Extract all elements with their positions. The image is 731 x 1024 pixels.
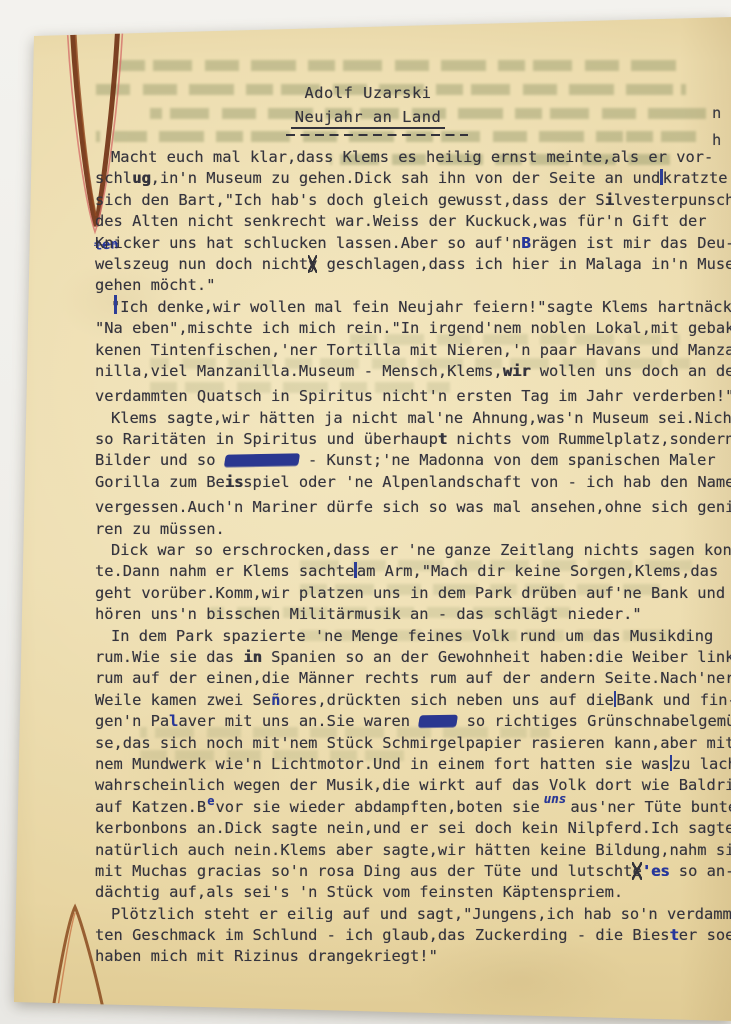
typed-line: gehen möcht." bbox=[95, 275, 731, 296]
typed-line: haben mich mit Rizinus drangekriegt!" bbox=[95, 946, 731, 967]
correction-segment-blot_sm bbox=[418, 715, 458, 728]
typed-text: vor sie wieder abdampften,boten sie bbox=[215, 798, 539, 816]
typed-line: wahrscheinlich wegen der Musik,die wirkt… bbox=[95, 775, 731, 796]
typed-line: Macht euch mal klar,dass Klems es heilig… bbox=[95, 147, 731, 168]
typed-line: Dick war so erschrocken,dass er 'ne ganz… bbox=[95, 540, 731, 561]
correction-segment-bluebold: t bbox=[670, 926, 679, 944]
typed-text: rum.Wie sie das bbox=[95, 648, 243, 666]
typed-line: nem Mundwerk wie'n Lichtmotor.Und in ein… bbox=[95, 754, 731, 775]
typed-text: Dick war so erschrocken,dass er 'ne ganz… bbox=[111, 541, 731, 559]
typescript-body: Macht euch mal klar,dass Klems es heilig… bbox=[95, 147, 731, 968]
typed-text: Klems sagte,wir hätten ja nicht mal'ne A… bbox=[111, 409, 731, 427]
typed-line: sich den Bart,"Ich hab's doch gleich gew… bbox=[95, 190, 731, 211]
correction-segment-xed: y bbox=[308, 255, 317, 273]
typed-text: geschlagen,dass ich hier in Malaga in'n … bbox=[317, 255, 731, 273]
title-underline-dashes bbox=[286, 134, 468, 136]
typed-text: Knicker uns hat schlucken lassen.Aber so… bbox=[95, 234, 521, 252]
typed-line: "Na eben",mischte ich mich rein."In irge… bbox=[95, 318, 731, 339]
correction-segment-bluebold: B bbox=[521, 234, 530, 252]
typed-text: hören uns'n bisschen Militärmusik an - d… bbox=[95, 605, 642, 623]
typed-text: ten Geschmack im Schlund - ich glaub,das… bbox=[95, 926, 670, 944]
paper-sheet: Adolf Uzarski Neujahr an Land n h ten Ma… bbox=[0, 0, 731, 1024]
typed-line: mit Muchas gracias so'n rosa Ding aus de… bbox=[95, 861, 731, 882]
typed-line: se,das sich noch mit'nem Stück Schmirgel… bbox=[95, 733, 731, 754]
typed-line: Plötzlich steht er eilig auf und sagt,"J… bbox=[95, 904, 731, 925]
typed-text: wahrscheinlich wegen der Musik,die wirkt… bbox=[95, 776, 731, 794]
correction-segment-blot bbox=[224, 454, 300, 467]
typed-text: mit Muchas gracias so'n rosa Ding aus de… bbox=[95, 862, 632, 880]
typed-text: Macht euch mal klar,dass Klems es heilig… bbox=[111, 148, 713, 166]
typed-line: dächtig auf,als sei's 'n Stück vom feins… bbox=[95, 882, 731, 903]
typed-line: rum auf der einen,die Männer rechts rum … bbox=[95, 668, 731, 689]
correction-segment-ov: in bbox=[243, 648, 262, 666]
correction-segment-xed: e bbox=[632, 862, 641, 880]
typed-text: welszeug nun doch nicht bbox=[95, 255, 308, 273]
page-title: Neujahr an Land bbox=[0, 108, 731, 126]
typed-text: natürlich auch nein.Klems aber sagte,wir… bbox=[95, 841, 731, 859]
typed-text: Ich denke,wir wollen mal fein Neujahr fe… bbox=[120, 298, 731, 316]
typed-line: hören uns'n bisschen Militärmusik an - d… bbox=[95, 604, 731, 625]
typed-text: nichts vom Rummelplatz,sondern bbox=[447, 430, 731, 448]
typed-line: geht vorüber.Komm,wir platzen uns in dem… bbox=[95, 583, 731, 604]
typed-text: kenen Tintenfischen,'ner Tortilla mit Ni… bbox=[95, 341, 731, 359]
typed-line: Bilder und so - Kunst;'ne Madonna von de… bbox=[95, 450, 731, 471]
typed-line: Gorilla zum Beisspiel oder 'ne Alpenland… bbox=[95, 472, 731, 493]
typed-text: - Kunst;'ne Madonna von dem spanischen M… bbox=[299, 451, 716, 469]
typed-line: Knicker uns hat schlucken lassen.Aber so… bbox=[95, 233, 731, 254]
typed-text: nem Mundwerk wie'n Lichtmotor.Und in ein… bbox=[95, 755, 670, 773]
typed-line: rum.Wie sie das in Spanien so an der Gew… bbox=[95, 647, 731, 668]
typed-text: rägen ist mir das Deu- bbox=[531, 234, 731, 252]
typed-text: rum auf der einen,die Männer rechts rum … bbox=[95, 669, 731, 687]
typed-line: Weile kamen zwei Señores,drückten sich n… bbox=[95, 690, 731, 711]
typed-text: sich den Bart,"Ich hab's doch gleich gew… bbox=[95, 191, 605, 209]
stray-character: n bbox=[712, 104, 721, 122]
typed-line: auf Katzen.Bevor sie wieder abdampften,b… bbox=[95, 797, 731, 818]
typed-text: lvesterpunsch bbox=[614, 191, 731, 209]
typed-line: kenen Tintenfischen,'ner Tortilla mit Ni… bbox=[95, 340, 731, 361]
typed-text: ,in'n Museum zu gehen.Dick sah ihn von d… bbox=[151, 169, 661, 187]
typed-text: Bilder und so bbox=[95, 451, 225, 469]
typed-text: zu lachen bbox=[672, 755, 731, 773]
typed-text: nilla,viel Manzanilla.Museum - Mensch,Kl… bbox=[95, 362, 503, 380]
correction-segment-ov: is bbox=[225, 473, 244, 491]
typed-text: Bank und fin- bbox=[616, 691, 731, 709]
typed-line: des Alten nicht senkrecht war.Weiss der … bbox=[95, 211, 731, 232]
typed-line: kerbonbons an.Dick sagte nein,und er sei… bbox=[95, 818, 731, 839]
typed-line: nilla,viel Manzanilla.Museum - Mensch,Kl… bbox=[95, 361, 731, 382]
typed-text: kerbonbons an.Dick sagte nein,und er sei… bbox=[95, 819, 731, 837]
typed-text: "Na eben",mischte ich mich rein."In irge… bbox=[95, 319, 731, 337]
correction-segment-qbar: " bbox=[111, 298, 120, 316]
correction-segment-ov: t bbox=[438, 430, 447, 448]
typed-line: ten Geschmack im Schlund - ich glaub,das… bbox=[95, 925, 731, 946]
typed-line: natürlich auch nein.Klems aber sagte,wir… bbox=[95, 840, 731, 861]
bleedthrough-line bbox=[96, 131, 696, 142]
typed-text: er soeben bbox=[679, 926, 731, 944]
typed-text: Plötzlich steht er eilig auf und sagt,"J… bbox=[111, 905, 731, 923]
typed-text: ores,drückten sich neben uns auf die bbox=[280, 691, 614, 709]
typed-line: gen'n Palaver mit uns an.Sie waren so ri… bbox=[95, 711, 731, 732]
typed-text: Weile kamen zwei Se bbox=[95, 691, 271, 709]
typed-text: haben mich mit Rizinus drangekriegt!" bbox=[95, 947, 438, 965]
typed-text: am Arm,"Mach dir keine Sorgen,Klems,das bbox=[357, 562, 718, 580]
typed-line: ren zu müssen. bbox=[95, 519, 731, 540]
typed-text: vergessen.Auch'n Mariner dürfe sich so w… bbox=[95, 498, 731, 516]
typed-line: verdammten Quatsch in Spiritus nicht'n e… bbox=[95, 386, 731, 407]
typed-text: verdammten Quatsch in Spiritus nicht'n e… bbox=[95, 387, 731, 405]
typed-text: so richtiges Grünschnabelgemü- bbox=[457, 712, 731, 730]
typed-text: so Raritäten in Spiritus und überhaup bbox=[95, 430, 438, 448]
typed-text: aver mit uns an.Sie waren bbox=[178, 712, 419, 730]
correction-segment-ov: wir bbox=[503, 362, 531, 380]
typed-text: so an- bbox=[670, 862, 731, 880]
typed-text: gehen möcht." bbox=[95, 276, 215, 294]
typed-text: auf Katzen.B bbox=[95, 798, 206, 816]
typed-text: aus'ner Tüte bunte Zuk- bbox=[570, 798, 731, 816]
typed-text: Gorilla zum Be bbox=[95, 473, 225, 491]
page-title-text: Neujahr an Land bbox=[291, 108, 446, 129]
typed-text: ren zu müssen. bbox=[95, 520, 225, 538]
typed-line: welszeug nun doch nichty geschlagen,dass… bbox=[95, 254, 731, 275]
paper-sheet-wrapper: Adolf Uzarski Neujahr an Land n h ten Ma… bbox=[0, 0, 731, 1024]
typed-text: kratzte bbox=[663, 169, 728, 187]
typed-text: Spanien so an der Gewohnheit haben:die W… bbox=[262, 648, 731, 666]
typed-line: "Ich denke,wir wollen mal fein Neujahr f… bbox=[95, 297, 731, 318]
typed-line: so Raritäten in Spiritus und überhaupt n… bbox=[95, 429, 731, 450]
typed-text: te.Dann nahm er Klems sachte bbox=[95, 562, 354, 580]
typed-line: In dem Park spazierte 'ne Menge feines V… bbox=[95, 626, 731, 647]
typed-text: dächtig auf,als sei's 'n Stück vom feins… bbox=[95, 883, 623, 901]
correction-segment-ov: i bbox=[605, 191, 614, 209]
typed-line: schlug,in'n Museum zu gehen.Dick sah ihn… bbox=[95, 168, 731, 189]
typed-text: gen'n Pa bbox=[95, 712, 169, 730]
typed-text: des Alten nicht senkrecht war.Weiss der … bbox=[95, 212, 707, 230]
typed-text: In dem Park spazierte 'ne Menge feines V… bbox=[111, 627, 713, 645]
typed-line: Klems sagte,wir hätten ja nicht mal'ne A… bbox=[95, 408, 731, 429]
typed-text: wollen uns doch an dem bbox=[531, 362, 731, 380]
bleedthrough-line bbox=[118, 60, 678, 71]
correction-segment-bluechar: ñ bbox=[271, 691, 280, 709]
correction-segment-bluesup: e bbox=[207, 794, 214, 808]
correction-segment-ov: ug bbox=[132, 169, 151, 187]
typed-text: schl bbox=[95, 169, 132, 187]
typed-line: vergessen.Auch'n Mariner dürfe sich so w… bbox=[95, 497, 731, 518]
correction-segment-bluecaret: uns bbox=[544, 791, 567, 806]
author-name: Adolf Uzarski bbox=[0, 84, 731, 102]
correction-segment-bluebold: 'es bbox=[642, 862, 670, 880]
typed-line: te.Dann nahm er Klems sachteam Arm,"Mach… bbox=[95, 561, 731, 582]
typed-text: spiel oder 'ne Alpenlandschaft von - ich… bbox=[243, 473, 731, 491]
typed-text: se,das sich noch mit'nem Stück Schmirgel… bbox=[95, 734, 731, 752]
typed-text: geht vorüber.Komm,wir platzen uns in dem… bbox=[95, 584, 725, 602]
